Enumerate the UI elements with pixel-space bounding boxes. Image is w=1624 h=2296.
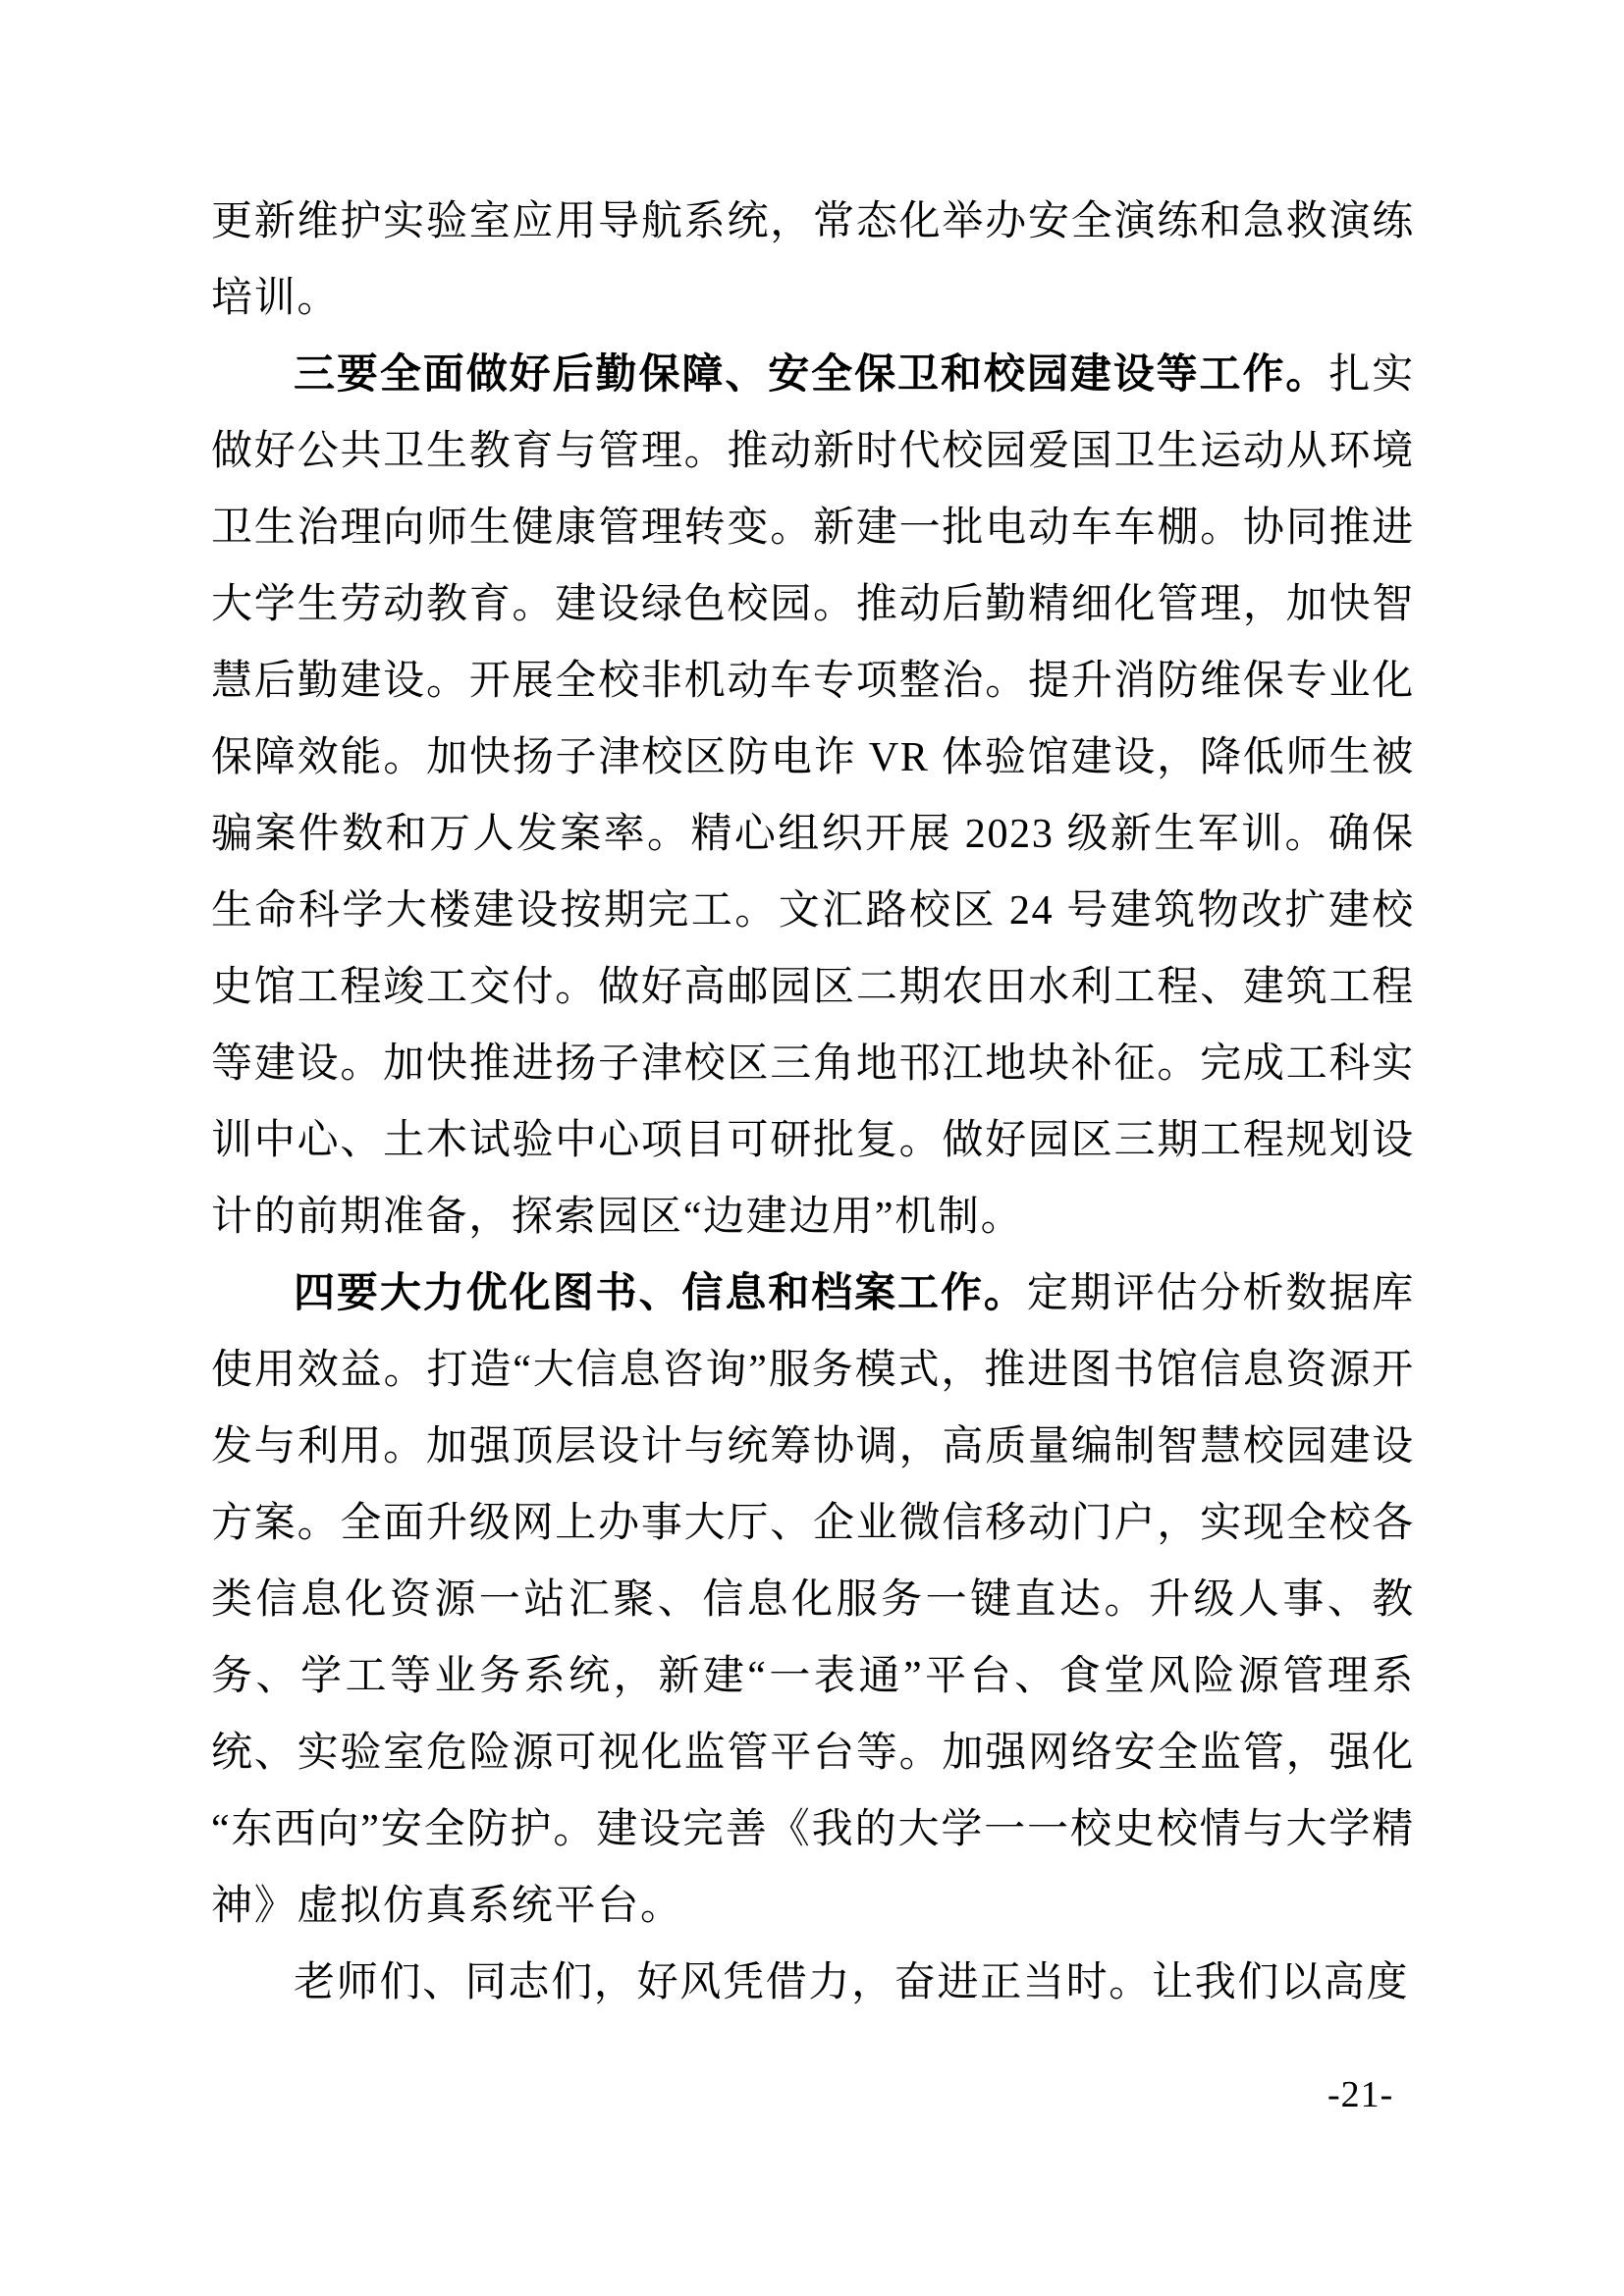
paragraph-lead: 四要大力优化图书、信息和档案工作。 [294,1271,1027,1316]
text-block: 更新维护实验室应用导航系统，常态化举办安全演练和急救演练培训。 三要全面做好后勤… [211,184,1415,2021]
document-page: 更新维护实验室应用导航系统，常态化举办安全演练和急救演练培训。 三要全面做好后勤… [0,0,1624,2296]
paragraph-body: 老师们、同志们，好风凭借力，奋进正当时。让我们以高度 [294,1960,1409,2005]
paragraph-lead: 三要全面做好后勤保障、安全保卫和校园建设等工作。 [294,352,1328,398]
paragraph-section-three: 三要全面做好后勤保障、安全保卫和校园建设等工作。扎实做好公共卫生教育与管理。推动… [211,337,1415,1255]
paragraph-body: 扎实做好公共卫生教育与管理。推动新时代校园爱国卫生运动从环境卫生治理向师生健康管… [211,352,1415,1240]
paragraph-section-four: 四要大力优化图书、信息和档案工作。定期评估分析数据库使用效益。打造“大信息咨询”… [211,1255,1415,1945]
paragraph-body: 定期评估分析数据库使用效益。打造“大信息咨询”服务模式，推进图书馆信息资源开发与… [211,1271,1415,1929]
page-number: -21- [1327,2073,1393,2116]
paragraph-continuation: 更新维护实验室应用导航系统，常态化举办安全演练和急救演练培训。 [211,184,1415,337]
paragraph-body: 更新维护实验室应用导航系统，常态化举办安全演练和急救演练培训。 [211,199,1415,321]
paragraph-closing: 老师们、同志们，好风凭借力，奋进正当时。让我们以高度 [211,1945,1415,2021]
